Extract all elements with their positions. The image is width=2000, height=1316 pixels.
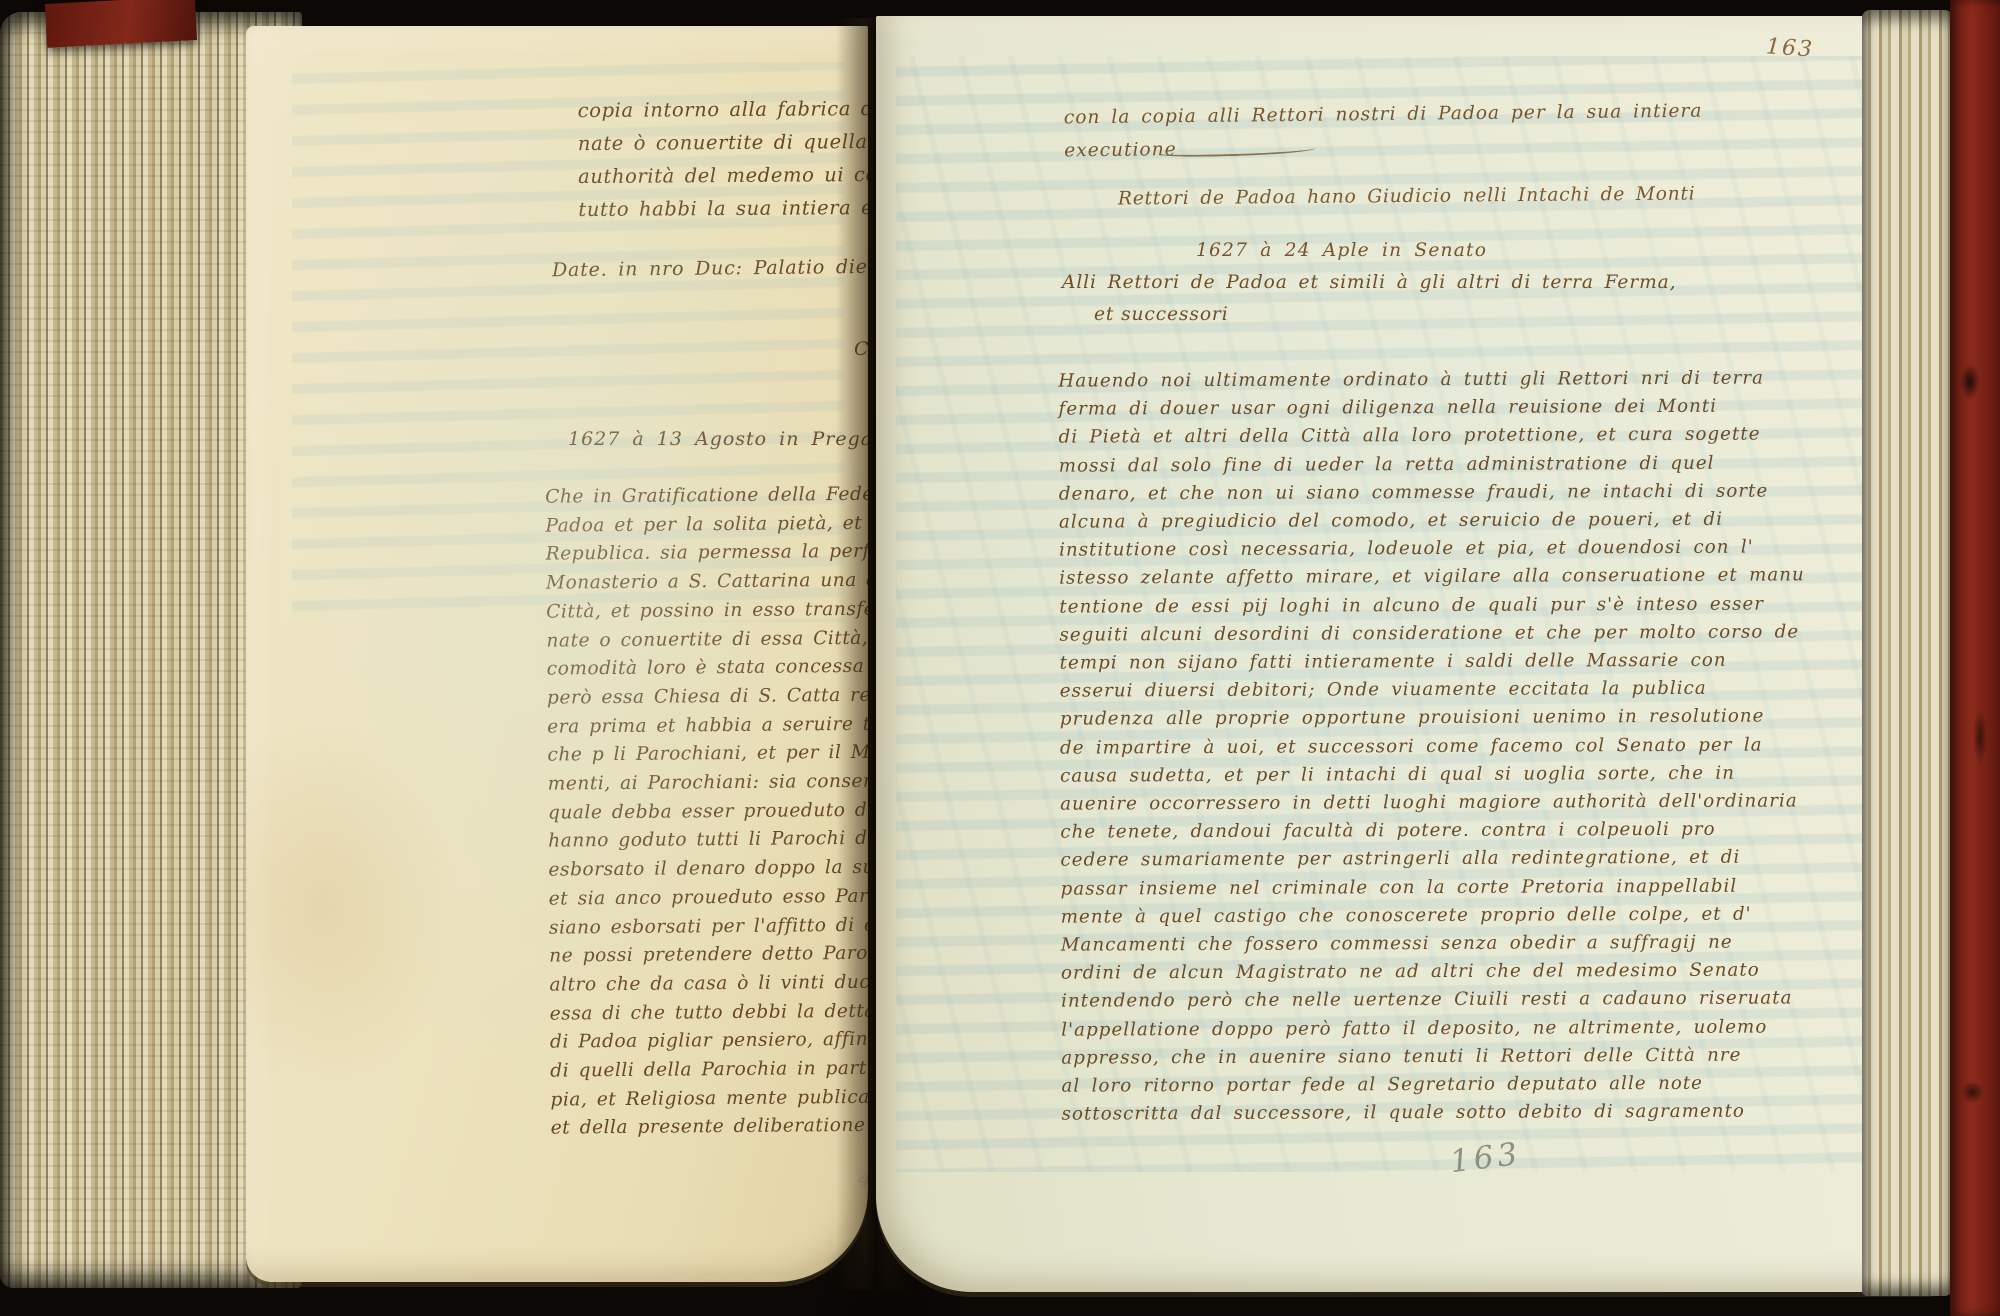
manuscript-line: comodità loro è stata concessa l'opera d…	[547, 651, 868, 685]
manuscript-line: altro che da casa ò li vinti ducati all …	[549, 966, 868, 1000]
manuscript-line: al loro ritorno portar fede al Segretari…	[1061, 1069, 1807, 1100]
right-address-line-1: Alli Rettori de Padoa et simili à gli al…	[1062, 272, 1676, 293]
manuscript-line: et della presente deliberatione siali da…	[551, 1110, 868, 1144]
manuscript-line: seguiti alcuni desordini di consideratio…	[1059, 618, 1805, 649]
manuscript-line: nate o conuertite di essa Città, et per …	[546, 622, 868, 656]
manuscript-line: di Padoa pigliar pensiero, affine che pe…	[550, 1024, 868, 1058]
left-page: copia intorno alla fabrica del Monasteri…	[246, 26, 868, 1282]
right-date-heading: 1627 à 24 Aple in Senato	[1196, 240, 1487, 261]
manuscript-line: cedere sumariamente per astringerli alla…	[1060, 844, 1806, 875]
manuscript-line: di quelli della Parochia in particulare …	[550, 1052, 868, 1086]
right-page-edges	[1862, 10, 1954, 1296]
left-heading-date: 1627 à 13 Agosto in Pregadi	[568, 428, 868, 450]
left-body-paragraph: Che in Gratificatione della Fedelissima …	[545, 478, 868, 1143]
manuscript-line: nate ò conuertite di quella Città à S. C…	[578, 123, 868, 160]
manuscript-line: ferma di douer usar ogni diligenza nella…	[1058, 393, 1804, 424]
left-top-paragraph: copia intorno alla fabrica del Monasteri…	[578, 90, 868, 226]
manuscript-line: de impartire à uoi, et successori come f…	[1060, 731, 1806, 762]
manuscript-line: l'appellatione doppo però fatto il depos…	[1061, 1013, 1807, 1044]
manuscript-line: Mancamenti che fossero commessi senza ob…	[1061, 928, 1807, 959]
manuscript-line: copia intorno alla fabrica del Monasteri…	[578, 90, 868, 127]
right-intro-paragraph: con la copia alli Rettori nostri di Pado…	[1064, 95, 1703, 168]
manuscript-line: sottoscritta dal successore, il quale so…	[1062, 1098, 1808, 1129]
manuscript-line: prudenza alle proprie opportune prouisio…	[1060, 703, 1806, 734]
manuscript-line: istesso zelante affetto mirare, et vigil…	[1059, 562, 1805, 593]
manuscript-line: Città, et possino in esso transferirsi l…	[546, 593, 868, 627]
left-dateline: Date. in nro Duc: Palatio die 13 Augusti…	[552, 253, 868, 281]
manuscript-line: intendendo però che nelle uertenze Ciuil…	[1061, 985, 1807, 1016]
manuscript-line: passar insieme nel criminale con la cort…	[1061, 872, 1807, 903]
manuscript-line: essa di che tutto debbi la detta Fedelis…	[550, 995, 868, 1029]
manuscript-line: alcuna à pregiudicio del comodo, et seru…	[1059, 505, 1805, 536]
manuscript-line: era prima et habbia a seruire tanto p es…	[547, 708, 868, 742]
manuscript-line: appresso, che in auenire siano tenuti li…	[1061, 1041, 1807, 1072]
red-cover-right-edge	[1950, 0, 2000, 1316]
manuscript-line: tutto habbi la sua intiera executione	[578, 189, 868, 226]
manuscript-line: Monasterio a S. Cattarina una delle Paro…	[546, 565, 868, 599]
manuscript-line: Republica. sia permessa la perfettione d…	[546, 536, 868, 570]
manuscript-line: di Pietà et altri della Città alla loro …	[1059, 421, 1805, 452]
manuscript-line: mente à quel castigo che conoscerete pro…	[1061, 900, 1807, 931]
manuscript-line: causa sudetta, et per li intachi di qual…	[1060, 759, 1806, 790]
manuscript-line: che p li Parochiani, et per il Ministrar…	[547, 737, 868, 771]
manuscript-line: mossi dal solo fine di ueder la retta ad…	[1059, 449, 1805, 480]
manuscript-line: ne possi pretendere detto Paroco di util…	[549, 938, 868, 972]
manuscript-line: auenire occorressero in detti luoghi mag…	[1060, 787, 1806, 818]
manuscript-line: siano esborsati per l'affitto di essa du…	[549, 909, 868, 943]
manuscript-line: et sia anco proueduto esso Parocho di ca…	[549, 880, 868, 914]
manuscript-line: authorità del medemo ui commettemo hauer…	[578, 156, 868, 193]
manuscript-line: Padoa et per la solita pietà, et Religio…	[545, 507, 868, 541]
manuscript-line: institutione così necessaria, lodeuole e…	[1059, 534, 1805, 565]
manuscript-line: tempi non sijano fatti intieramente i sa…	[1060, 646, 1806, 677]
manuscript-line: esborsato il denaro doppo la sua eletion…	[548, 852, 868, 886]
right-body-paragraph: Hauendo noi ultimamente ordinato à tutti…	[1058, 364, 1807, 1129]
manuscript-line: però essa Chiesa di S. Catta restar paro…	[547, 679, 868, 713]
manuscript-line: Che in Gratificatione della Fedelissima …	[545, 478, 868, 512]
manuscript-line: che tenete, dandoui facultà di potere. c…	[1060, 816, 1806, 847]
manuscript-line: denaro, et che non ui siano commesse fra…	[1059, 477, 1805, 508]
red-cover-corner-top-left	[45, 0, 197, 48]
right-address-line-2: et successori	[1094, 304, 1229, 325]
manuscript-line: Hauendo noi ultimamente ordinato à tutti…	[1058, 364, 1804, 395]
manuscript-line: con la copia alli Rettori nostri di Pado…	[1064, 95, 1703, 135]
page-number-top-right: 163	[1765, 34, 1815, 62]
manuscript-line: quale debba esser proueduto delle entrat…	[548, 794, 868, 828]
manuscript-line: hanno goduto tutti li Parochi di essa Ch…	[548, 823, 868, 857]
manuscript-line: tentione de essi pij loghi in alcuno de …	[1059, 590, 1805, 621]
manuscript-line: pia, et Religiosa mente publica habbi il…	[550, 1081, 868, 1115]
manuscript-line: menti, ai Parochiani: sia conseruato il …	[548, 765, 868, 799]
book-photo: copia intorno alla fabrica del Monasteri…	[0, 0, 2000, 1316]
manuscript-line: ordini de alcun Magistrato ne ad altri c…	[1061, 957, 1807, 988]
manuscript-line: esserui diuersi debitori; Onde viuamente…	[1060, 675, 1806, 706]
